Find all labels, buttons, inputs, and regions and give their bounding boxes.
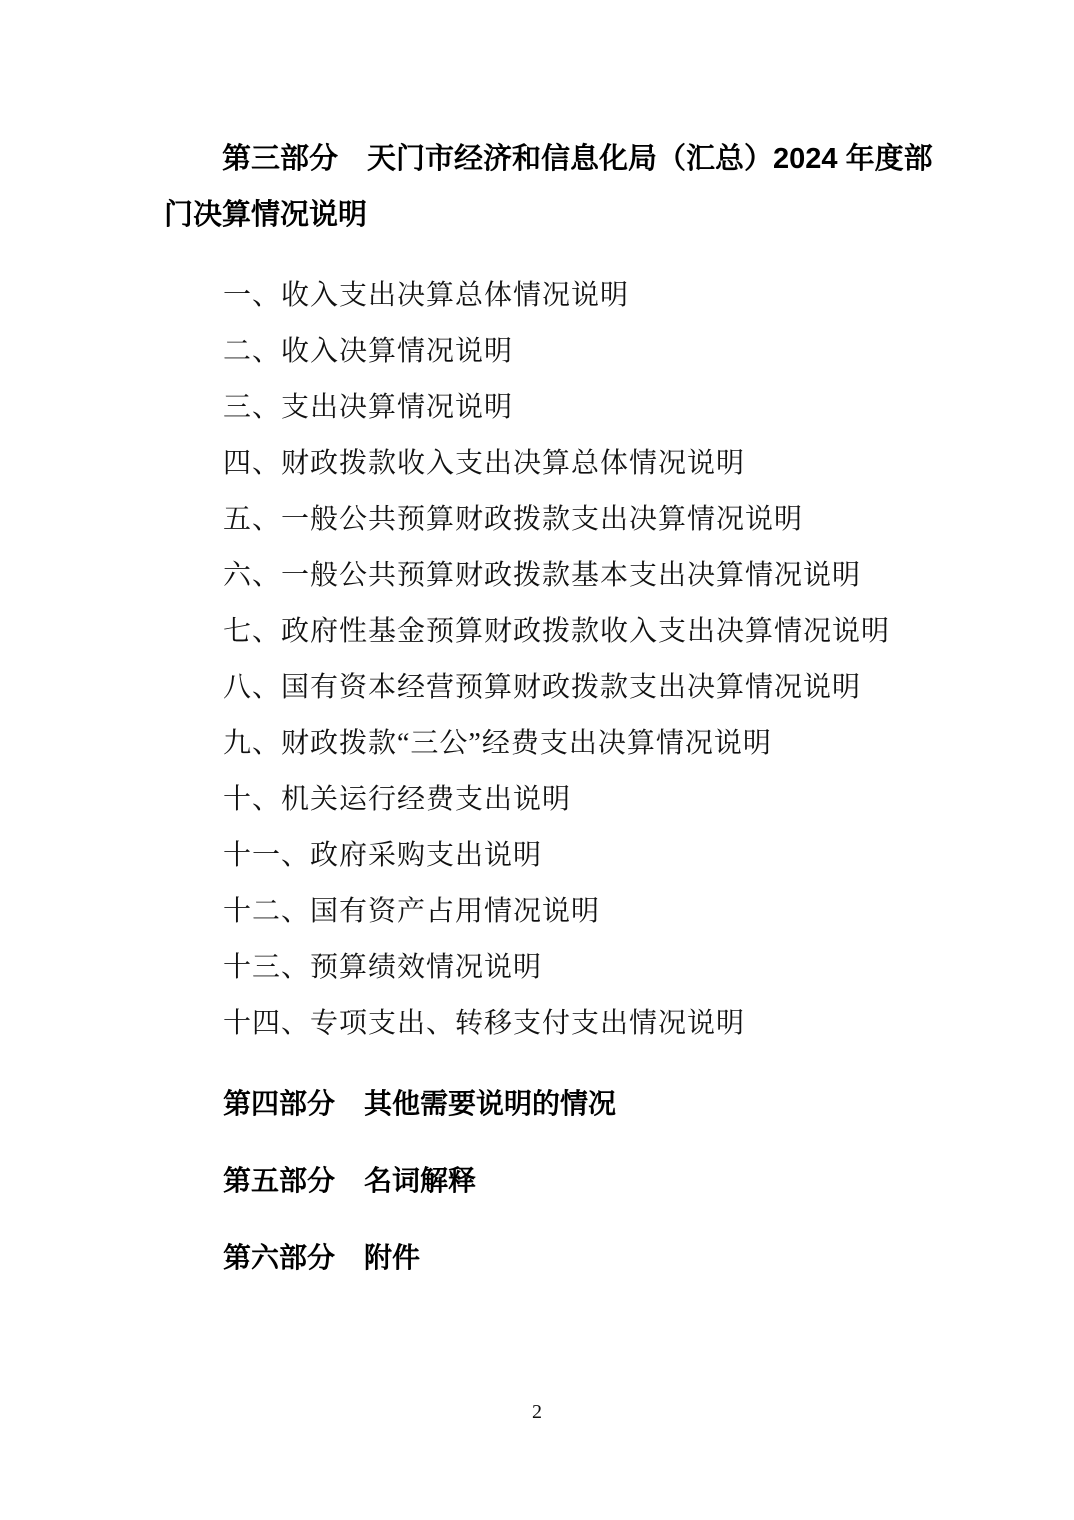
toc-item-1: 一、收入支出决算总体情况说明	[223, 281, 939, 310]
toc-item-3: 三、支出决算情况说明	[223, 393, 939, 422]
toc-list: 一、收入支出决算总体情况说明 二、收入决算情况说明 三、支出决算情况说明 四、财…	[223, 281, 939, 1038]
toc-item-7: 七、政府性基金预算财政拨款收入支出决算情况说明	[223, 617, 939, 646]
toc-item-2: 二、收入决算情况说明	[223, 337, 939, 366]
part4-label: 第四部分	[223, 1088, 335, 1119]
part6-heading: 第六部分附件	[223, 1243, 939, 1273]
toc-item-8: 八、国有资本经营预算财政拨款支出决算情况说明	[223, 673, 939, 702]
part5-title: 名词解释	[364, 1165, 476, 1196]
toc-item-4: 四、财政拨款收入支出决算总体情况说明	[223, 449, 939, 478]
part3-heading: 第三部分 天门市经济和信息化局（汇总）2024 年度部门决算情况说明	[164, 131, 939, 243]
toc-item-10: 十、机关运行经费支出说明	[223, 785, 939, 814]
part5-label: 第五部分	[223, 1165, 335, 1196]
page-number: 2	[0, 1400, 1074, 1424]
document-page: 第三部分 天门市经济和信息化局（汇总）2024 年度部门决算情况说明 一、收入支…	[0, 0, 1074, 1520]
toc-item-5: 五、一般公共预算财政拨款支出决算情况说明	[223, 505, 939, 534]
part5-heading: 第五部分名词解释	[223, 1166, 939, 1196]
toc-item-13: 十三、预算绩效情况说明	[223, 953, 939, 982]
part4-title: 其他需要说明的情况	[364, 1088, 616, 1119]
toc-item-9: 九、财政拨款“三公”经费支出决算情况说明	[223, 729, 939, 758]
part6-title: 附件	[364, 1242, 420, 1273]
toc-item-6: 六、一般公共预算财政拨款基本支出决算情况说明	[223, 561, 939, 590]
part4-heading: 第四部分其他需要说明的情况	[223, 1089, 939, 1119]
toc-item-12: 十二、国有资产占用情况说明	[223, 897, 939, 926]
part-headings-group: 第四部分其他需要说明的情况 第五部分名词解释 第六部分附件	[223, 1089, 939, 1273]
page-content: 第三部分 天门市经济和信息化局（汇总）2024 年度部门决算情况说明 一、收入支…	[0, 0, 1074, 1273]
toc-item-11: 十一、政府采购支出说明	[223, 841, 939, 870]
part6-label: 第六部分	[223, 1242, 335, 1273]
toc-item-14: 十四、专项支出、转移支付支出情况说明	[223, 1009, 939, 1038]
